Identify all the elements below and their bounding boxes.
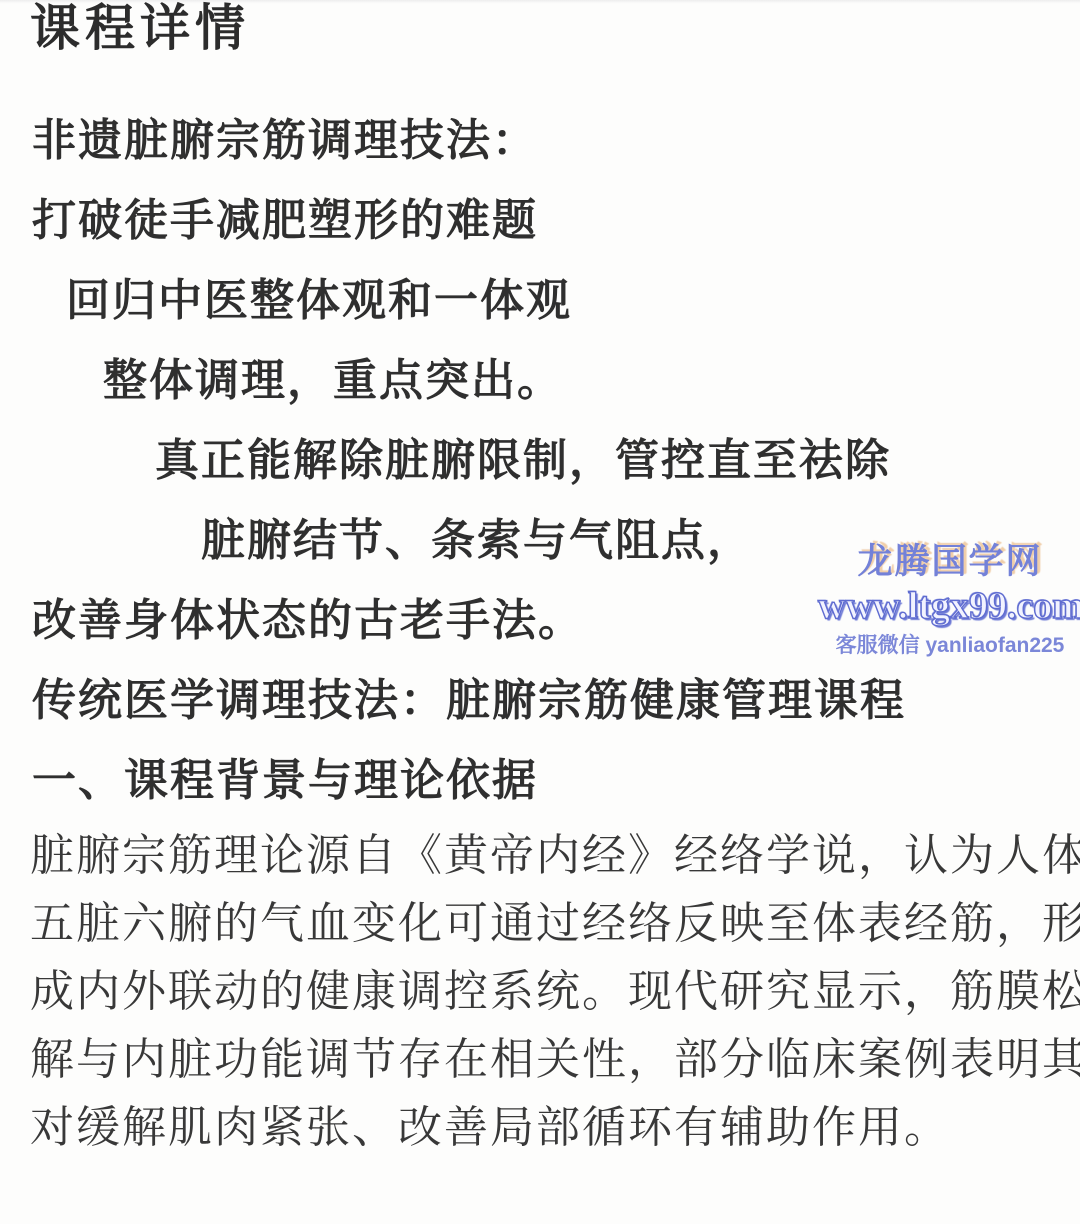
headline-nodules: 脏腑结节、条索与气阻点， bbox=[0, 501, 1080, 581]
headline-release-limits: 真正能解除脏腑限制，管控直至祛除 bbox=[0, 421, 1080, 501]
course-detail-page: 课程详情 非遗脏腑宗筋调理技法： 打破徒手减肥塑形的难题 回归中医整体观和一体观… bbox=[0, 0, 1080, 1224]
paragraph-line: 五脏六腑的气血变化可通过经络反映至体表经筋，形 bbox=[30, 890, 1060, 958]
course-headline-block: 非遗脏腑宗筋调理技法： 打破徒手减肥塑形的难题 回归中医整体观和一体观 整体调理… bbox=[0, 101, 1080, 821]
course-background-paragraph: 脏腑宗筋理论源自《黄帝内经》经络学说，认为人体 五脏六腑的气血变化可通过经络反映… bbox=[30, 822, 1060, 1162]
headline-ancient-method: 改善身体状态的古老手法。 bbox=[0, 581, 1080, 661]
headline-breakthrough: 打破徒手减肥塑形的难题 bbox=[0, 181, 1080, 261]
headline-holistic-care: 整体调理，重点突出。 bbox=[0, 341, 1080, 421]
headline-technique: 非遗脏腑宗筋调理技法： bbox=[0, 101, 1080, 181]
headline-course-name: 传统医学调理技法：脏腑宗筋健康管理课程 bbox=[0, 661, 1080, 741]
paragraph-line: 成内外联动的健康调控系统。现代研究显示，筋膜松 bbox=[30, 958, 1060, 1026]
paragraph-line: 解与内脏功能调节存在相关性，部分临床案例表明其 bbox=[30, 1026, 1060, 1094]
headline-holistic-view: 回归中医整体观和一体观 bbox=[0, 261, 1080, 341]
paragraph-line: 对缓解肌肉紧张、改善局部循环有辅助作用。 bbox=[30, 1094, 1060, 1162]
paragraph-line: 脏腑宗筋理论源自《黄帝内经》经络学说，认为人体 bbox=[30, 822, 1060, 890]
section-heading-background: 一、课程背景与理论依据 bbox=[0, 741, 1080, 821]
page-title: 课程详情 bbox=[30, 0, 250, 60]
